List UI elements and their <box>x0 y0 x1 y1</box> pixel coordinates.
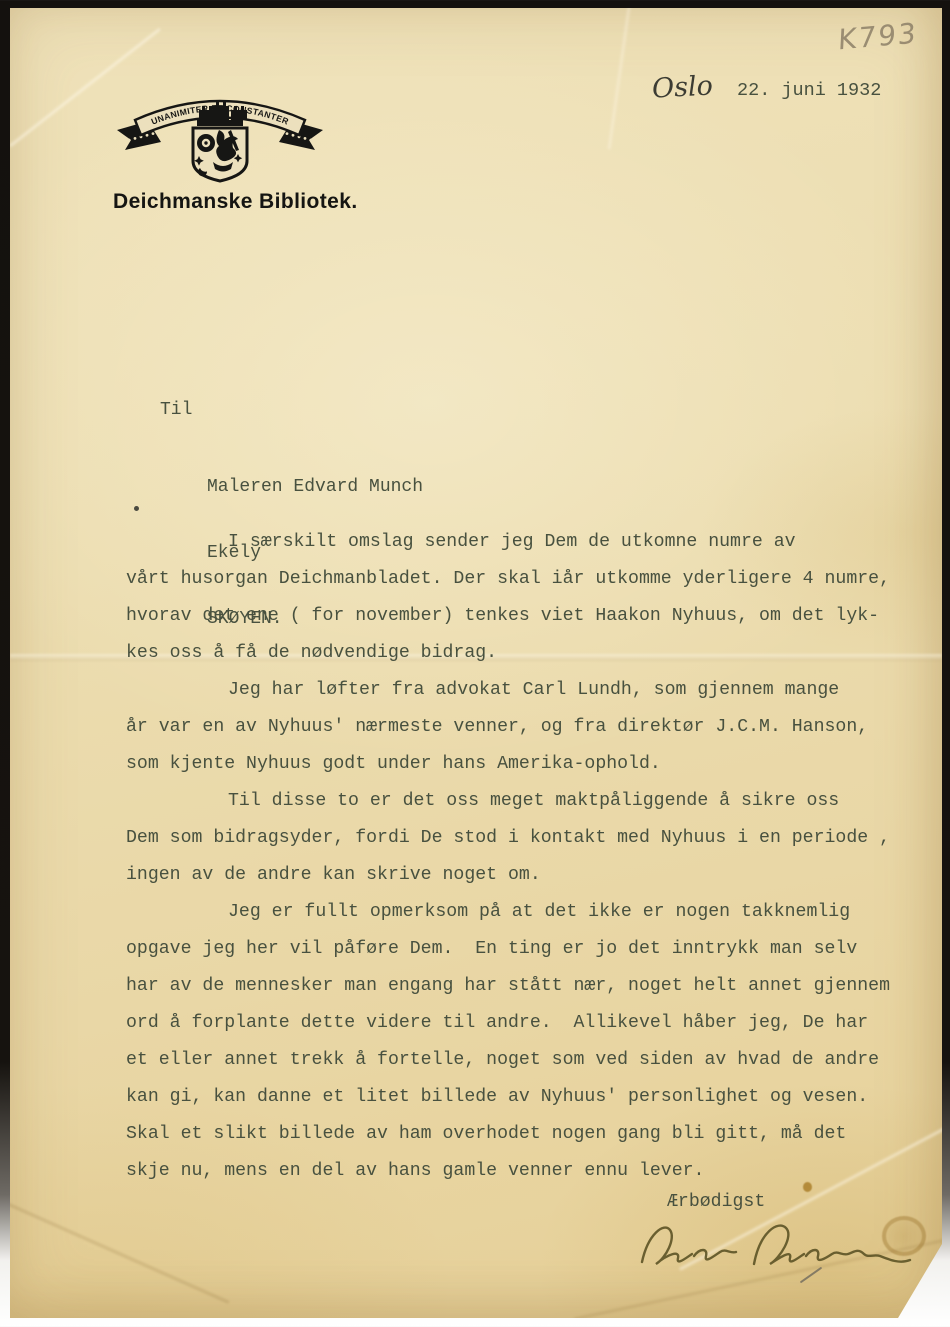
body-line: I særskilt omslag sender jeg Dem de utko… <box>126 524 926 561</box>
body-line: Til disse to er det oss meget maktpåligg… <box>126 783 926 820</box>
body-line: år var en av Nyhuus' nærmeste venner, og… <box>126 709 926 746</box>
organization-name: Deichmanske Bibliotek. <box>113 190 358 214</box>
letter-paper: K793 Oslo 22. juni 1932 UNANIMITER ET CO… <box>10 8 942 1318</box>
stray-period-mark <box>134 506 139 511</box>
body-line: Jeg har løfter fra advokat Carl Lundh, s… <box>126 672 926 709</box>
letter-body: I særskilt omslag sender jeg Dem de utko… <box>126 524 926 1190</box>
foxing-spot <box>803 1182 812 1192</box>
recipient-name: Maleren Edvard Munch <box>207 476 423 498</box>
stain-ring <box>882 1216 926 1256</box>
valediction: Ærbødigst <box>667 1192 765 1212</box>
crease-bottom-left <box>0 1195 229 1303</box>
date: 22. juni 1932 <box>737 80 881 101</box>
shield <box>193 128 247 181</box>
place-name: Oslo <box>651 70 713 104</box>
body-line: hvorav det ene ( for november) tenkes vi… <box>126 598 926 635</box>
catalog-number-pencil: K793 <box>837 16 918 56</box>
body-line: har av de mennesker man engang har stått… <box>126 968 926 1005</box>
body-line: Skal et slikt billede av ham overhodet n… <box>126 1116 926 1153</box>
crease-top-center <box>608 1 632 150</box>
body-line: ingen av de andre kan skrive noget om. <box>126 857 926 894</box>
body-line: vårt husorgan Deichmanbladet. Der skal i… <box>126 561 926 598</box>
body-line: et eller annet trekk å fortelle, noget s… <box>126 1042 926 1079</box>
body-line: Dem som bidragsyder, fordi De stod i kon… <box>126 820 926 857</box>
body-line: ord å forplante dette videre til andre. … <box>126 1005 926 1042</box>
body-line: Jeg er fullt opmerksom på at det ikke er… <box>126 894 926 931</box>
body-line: kan gi, kan danne et litet billede av Ny… <box>126 1079 926 1116</box>
body-line: som kjente Nyhuus godt under hans Amerik… <box>126 746 926 783</box>
oslo-coat-of-arms: UNANIMITER ET CONSTANTER UNANIMITER ET C… <box>113 78 327 192</box>
signature-arne-arnesen: Arne Arnesen <box>628 1214 918 1286</box>
recipient-to-label: Til <box>160 400 192 420</box>
body-line: kes oss å få de nødvendige bidrag. <box>126 635 926 672</box>
body-line: opgave jeg her vil påføre Dem. En ting e… <box>126 931 926 968</box>
